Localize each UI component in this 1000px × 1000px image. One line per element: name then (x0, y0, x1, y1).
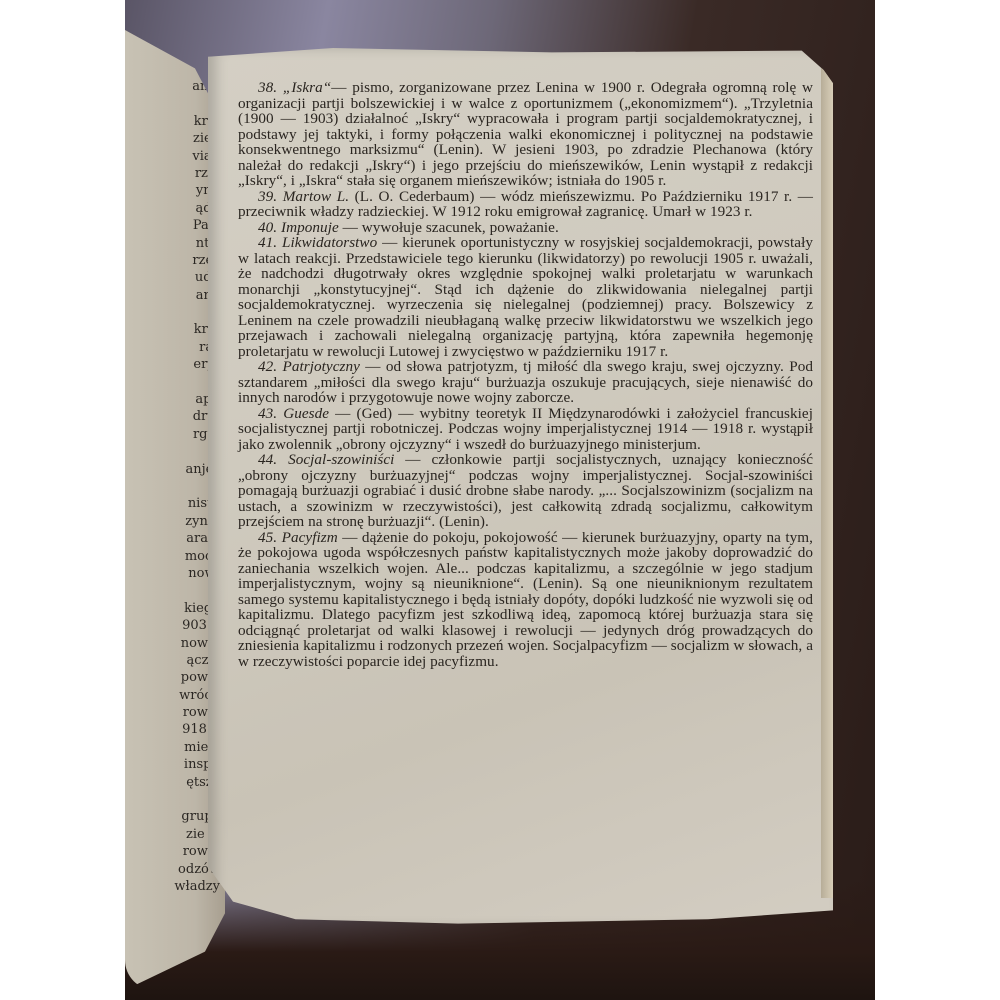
left-line: ądu (125, 200, 220, 217)
left-line: udu (125, 269, 220, 286)
left-line: raz (125, 339, 220, 356)
left-line: rowa- (125, 843, 220, 860)
entry-term: Guesde (283, 405, 329, 422)
left-line: nista (125, 495, 220, 512)
left-line: władzy (125, 878, 220, 895)
entry-number: 45. (258, 529, 277, 546)
left-line: rze- (125, 165, 220, 182)
entry-term: Imponuje (281, 219, 339, 236)
right-page: 38. „Iskra“— pismo, zorganizowane przez … (208, 48, 833, 928)
entry-number: 40. (258, 219, 277, 236)
left-line: amę (125, 78, 220, 95)
left-line: inspi- (125, 756, 220, 773)
entry-number: 39. (258, 188, 277, 205)
left-line: rgu. (125, 426, 220, 443)
left-line: viali (125, 148, 220, 165)
left-line: ączył (125, 652, 220, 669)
left-line: erp- (125, 356, 220, 373)
left-line: ntr- (125, 235, 220, 252)
left-line: now- (125, 565, 220, 582)
entry-definition: — dążenie do pokoju, pokojowość — kierun… (238, 529, 813, 670)
left-line: ętszy (125, 774, 220, 791)
left-line: rowa- (125, 704, 220, 721)
left-line: kró- (125, 113, 220, 130)
entry-term: Socjal-szowiniści (288, 451, 394, 468)
entry-definition: — kierunek oportunistyczny w rosyjskiej … (238, 234, 813, 360)
left-line: arak- (125, 530, 220, 547)
left-line: Paź- (125, 217, 220, 234)
left-line (125, 443, 220, 460)
left-page-text: amę kró- zieli viali rze- ym- ądu Paź- n… (125, 78, 220, 895)
left-line (125, 478, 220, 495)
entry-number: 42. (258, 358, 277, 375)
left-line: api- (125, 391, 220, 408)
glossary-text: 38. „Iskra“— pismo, zorganizowane przez … (238, 80, 813, 669)
entry-definition: — wywołuje szacunek, poważanie. (339, 219, 559, 236)
left-line: zieli (125, 130, 220, 147)
left-line: zie w (125, 826, 220, 843)
entry-number: 43. (258, 405, 277, 422)
entry-number: 38. (258, 79, 277, 96)
glossary-entry-44: 44. Socjal-szowiniści — członkowie partj… (238, 452, 813, 530)
left-line (125, 374, 220, 391)
left-line: kiego (125, 600, 220, 617)
left-line: wrócił (125, 687, 220, 704)
left-line: zyna- (125, 513, 220, 530)
page-edge (821, 68, 833, 898)
glossary-entry-45: 45. Pacyfizm — dążenie do pokoju, pokojo… (238, 530, 813, 670)
book-photo: amę kró- zieli viali rze- ym- ądu Paź- n… (125, 0, 875, 1000)
entry-term: Likwidatorstwo (282, 234, 377, 251)
left-line: 903 r. (125, 617, 220, 634)
left-line: dru- (125, 408, 220, 425)
entry-number: 44. (258, 451, 277, 468)
entry-term: „Iskra“ (283, 79, 331, 96)
glossary-entry-40: 40. Imponuje — wywołuje szacunek, poważa… (238, 220, 813, 236)
left-line: rzez (125, 252, 220, 269)
left-line: ym- (125, 182, 220, 199)
glossary-entry-41: 41. Likwidatorstwo — kierunek oportunist… (238, 235, 813, 359)
left-line: 918 r. (125, 721, 220, 738)
left-line (125, 582, 220, 599)
entry-term: Pacyfizm (282, 529, 338, 546)
left-line: anje“ (125, 461, 220, 478)
left-line: kra- (125, 321, 220, 338)
left-line: pował (125, 669, 220, 686)
entry-term: Martow L. (283, 188, 349, 205)
left-line: odzów (125, 861, 220, 878)
left-line: nował (125, 635, 220, 652)
glossary-entry-39: 39. Martow L. (L. O. Cederbaum) — wódz m… (238, 189, 813, 220)
left-line: grupy (125, 808, 220, 825)
glossary-entry-43: 43. Guesde — (Ged) — wybitny teoretyk II… (238, 406, 813, 453)
left-line (125, 304, 220, 321)
left-line: d. (125, 791, 220, 808)
left-line (125, 95, 220, 112)
left-line: miec- (125, 739, 220, 756)
left-line: ami (125, 287, 220, 304)
entry-definition: — pismo, zorganizowane przez Lenina w 19… (238, 79, 813, 189)
glossary-entry-38: 38. „Iskra“— pismo, zorganizowane przez … (238, 80, 813, 189)
entry-term: Patrjotyczny (283, 358, 360, 375)
glossary-entry-42: 42. Patrjotyczny — od słowa patrjotyzm, … (238, 359, 813, 406)
entry-number: 41. (258, 234, 277, 251)
left-line: mocą (125, 548, 220, 565)
